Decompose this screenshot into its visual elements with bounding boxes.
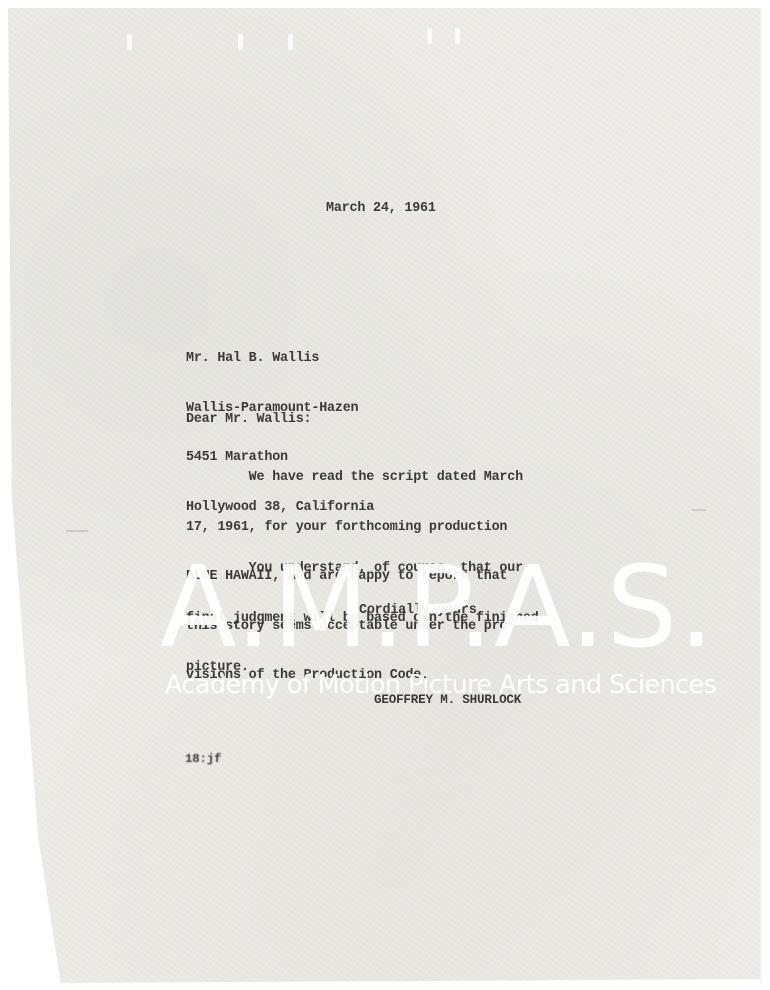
salutation: Dear Mr. Wallis: [186,412,311,429]
letter-date: March 24, 1961 [326,201,436,218]
recipient-name: Mr. Hal B. Wallis [186,351,374,368]
document-scan: March 24, 1961 Mr. Hal B. Wallis Wallis-… [0,0,770,990]
paragraph-line: You understand, of course, that our [186,561,539,578]
closing: Cordially yours, [359,603,484,620]
paragraph-line: We have read the script dated March [186,470,523,487]
letter: March 24, 1961 Mr. Hal B. Wallis Wallis-… [0,0,770,990]
paragraph-line: picture. [186,660,539,677]
reference-initials: 18:jf [185,751,221,768]
signature-name: GEOFFREY M. SHURLOCK [374,692,521,709]
